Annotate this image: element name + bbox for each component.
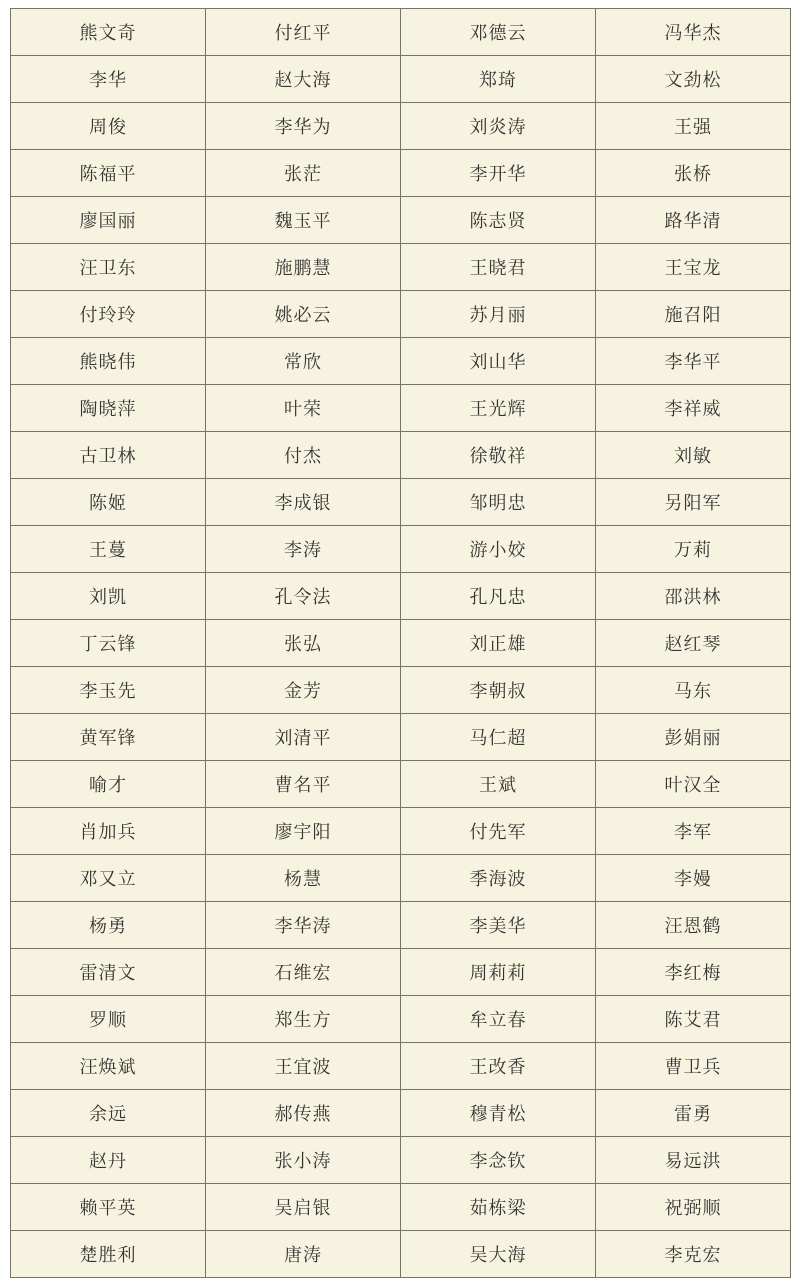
name-cell: 穆青松	[401, 1090, 596, 1137]
name-cell: 郝传燕	[206, 1090, 401, 1137]
name-cell: 刘敏	[596, 432, 791, 479]
name-cell: 周俊	[11, 103, 206, 150]
name-cell: 李华涛	[206, 902, 401, 949]
name-cell: 徐敬祥	[401, 432, 596, 479]
name-cell: 彭娟丽	[596, 714, 791, 761]
names-table-body: 熊文奇付红平邓德云冯华杰李华赵大海郑琦文劲松周俊李华为刘炎涛王强陈福平张茫李开华…	[11, 9, 791, 1278]
name-cell: 杨慧	[206, 855, 401, 902]
name-cell: 张茫	[206, 150, 401, 197]
name-cell: 曹卫兵	[596, 1043, 791, 1090]
name-cell: 郑生方	[206, 996, 401, 1043]
name-cell: 李嫚	[596, 855, 791, 902]
name-cell: 苏月丽	[401, 291, 596, 338]
name-cell: 吴启银	[206, 1184, 401, 1231]
table-row: 邓又立杨慧季海波李嫚	[11, 855, 791, 902]
table-row: 熊文奇付红平邓德云冯华杰	[11, 9, 791, 56]
name-cell: 张弘	[206, 620, 401, 667]
name-cell: 路华清	[596, 197, 791, 244]
name-cell: 邵洪林	[596, 573, 791, 620]
name-cell: 王蔓	[11, 526, 206, 573]
name-cell: 李念钦	[401, 1137, 596, 1184]
name-cell: 张桥	[596, 150, 791, 197]
name-cell: 赵红琴	[596, 620, 791, 667]
name-cell: 赖平英	[11, 1184, 206, 1231]
name-cell: 陈志贤	[401, 197, 596, 244]
name-cell: 付玲玲	[11, 291, 206, 338]
name-cell: 楚胜利	[11, 1231, 206, 1278]
name-cell: 魏玉平	[206, 197, 401, 244]
name-cell: 叶荣	[206, 385, 401, 432]
name-cell: 李红梅	[596, 949, 791, 996]
name-cell: 陶晓萍	[11, 385, 206, 432]
name-cell: 李华为	[206, 103, 401, 150]
name-cell: 祝弼顺	[596, 1184, 791, 1231]
name-cell: 王晓君	[401, 244, 596, 291]
table-row: 古卫林付杰徐敬祥刘敏	[11, 432, 791, 479]
name-cell: 汪焕斌	[11, 1043, 206, 1090]
table-row: 杨勇李华涛李美华汪恩鹤	[11, 902, 791, 949]
name-cell: 赵大海	[206, 56, 401, 103]
name-cell: 孔凡忠	[401, 573, 596, 620]
name-cell: 雷勇	[596, 1090, 791, 1137]
name-cell: 雷清文	[11, 949, 206, 996]
table-row: 赵丹张小涛李念钦易远洪	[11, 1137, 791, 1184]
name-cell: 罗顺	[11, 996, 206, 1043]
name-cell: 季海波	[401, 855, 596, 902]
name-cell: 喻才	[11, 761, 206, 808]
name-cell: 陈姬	[11, 479, 206, 526]
name-cell: 肖加兵	[11, 808, 206, 855]
table-row: 喻才曹名平王斌叶汉全	[11, 761, 791, 808]
name-cell: 熊晓伟	[11, 338, 206, 385]
name-cell: 另阳军	[596, 479, 791, 526]
table-row: 汪焕斌王宜波王改香曹卫兵	[11, 1043, 791, 1090]
name-cell: 邓德云	[401, 9, 596, 56]
table-row: 廖国丽魏玉平陈志贤路华清	[11, 197, 791, 244]
name-cell: 王宜波	[206, 1043, 401, 1090]
name-cell: 李祥威	[596, 385, 791, 432]
name-cell: 王宝龙	[596, 244, 791, 291]
table-row: 肖加兵廖宇阳付先军李军	[11, 808, 791, 855]
table-row: 熊晓伟常欣刘山华李华平	[11, 338, 791, 385]
name-cell: 刘炎涛	[401, 103, 596, 150]
table-row: 赖平英吴启银茹栋梁祝弼顺	[11, 1184, 791, 1231]
table-row: 楚胜利唐涛吴大海李克宏	[11, 1231, 791, 1278]
name-cell: 李华	[11, 56, 206, 103]
name-cell: 李成银	[206, 479, 401, 526]
name-cell: 游小姣	[401, 526, 596, 573]
name-cell: 廖宇阳	[206, 808, 401, 855]
name-cell: 冯华杰	[596, 9, 791, 56]
name-cell: 李开华	[401, 150, 596, 197]
name-cell: 邓又立	[11, 855, 206, 902]
name-cell: 李美华	[401, 902, 596, 949]
name-cell: 牟立春	[401, 996, 596, 1043]
name-cell: 汪卫东	[11, 244, 206, 291]
name-cell: 邹明忠	[401, 479, 596, 526]
name-cell: 唐涛	[206, 1231, 401, 1278]
name-cell: 文劲松	[596, 56, 791, 103]
name-cell: 郑琦	[401, 56, 596, 103]
table-row: 陈姬李成银邹明忠另阳军	[11, 479, 791, 526]
name-cell: 刘凯	[11, 573, 206, 620]
name-cell: 吴大海	[401, 1231, 596, 1278]
name-cell: 付先军	[401, 808, 596, 855]
name-cell: 李华平	[596, 338, 791, 385]
name-cell: 马东	[596, 667, 791, 714]
names-table: 熊文奇付红平邓德云冯华杰李华赵大海郑琦文劲松周俊李华为刘炎涛王强陈福平张茫李开华…	[10, 8, 791, 1278]
name-cell: 张小涛	[206, 1137, 401, 1184]
table-row: 汪卫东施鹏慧王晓君王宝龙	[11, 244, 791, 291]
name-cell: 姚必云	[206, 291, 401, 338]
name-cell: 黄军锋	[11, 714, 206, 761]
name-cell: 李克宏	[596, 1231, 791, 1278]
name-cell: 付杰	[206, 432, 401, 479]
table-row: 罗顺郑生方牟立春陈艾君	[11, 996, 791, 1043]
name-cell: 刘清平	[206, 714, 401, 761]
name-cell: 马仁超	[401, 714, 596, 761]
table-row: 李华赵大海郑琦文劲松	[11, 56, 791, 103]
name-cell: 曹名平	[206, 761, 401, 808]
name-cell: 古卫林	[11, 432, 206, 479]
name-cell: 陈福平	[11, 150, 206, 197]
name-cell: 周莉莉	[401, 949, 596, 996]
name-cell: 杨勇	[11, 902, 206, 949]
name-cell: 王斌	[401, 761, 596, 808]
name-cell: 廖国丽	[11, 197, 206, 244]
name-cell: 丁云锋	[11, 620, 206, 667]
name-cell: 李军	[596, 808, 791, 855]
table-row: 余远郝传燕穆青松雷勇	[11, 1090, 791, 1137]
table-row: 丁云锋张弘刘正雄赵红琴	[11, 620, 791, 667]
table-row: 王蔓李涛游小姣万莉	[11, 526, 791, 573]
table-row: 陶晓萍叶荣王光辉李祥威	[11, 385, 791, 432]
name-cell: 石维宏	[206, 949, 401, 996]
name-cell: 王改香	[401, 1043, 596, 1090]
name-cell: 茹栋梁	[401, 1184, 596, 1231]
name-cell: 王光辉	[401, 385, 596, 432]
name-cell: 付红平	[206, 9, 401, 56]
name-cell: 熊文奇	[11, 9, 206, 56]
name-cell: 易远洪	[596, 1137, 791, 1184]
name-cell: 李朝叔	[401, 667, 596, 714]
name-cell: 孔令法	[206, 573, 401, 620]
name-cell: 叶汉全	[596, 761, 791, 808]
name-cell: 刘正雄	[401, 620, 596, 667]
name-cell: 刘山华	[401, 338, 596, 385]
table-row: 付玲玲姚必云苏月丽施召阳	[11, 291, 791, 338]
table-row: 李玉先金芳李朝叔马东	[11, 667, 791, 714]
table-row: 雷清文石维宏周莉莉李红梅	[11, 949, 791, 996]
name-cell: 金芳	[206, 667, 401, 714]
name-cell: 余远	[11, 1090, 206, 1137]
name-cell: 李玉先	[11, 667, 206, 714]
name-cell: 施召阳	[596, 291, 791, 338]
name-cell: 施鹏慧	[206, 244, 401, 291]
name-cell: 陈艾君	[596, 996, 791, 1043]
table-row: 黄军锋刘清平马仁超彭娟丽	[11, 714, 791, 761]
name-cell: 万莉	[596, 526, 791, 573]
table-row: 刘凯孔令法孔凡忠邵洪林	[11, 573, 791, 620]
name-cell: 赵丹	[11, 1137, 206, 1184]
name-cell: 常欣	[206, 338, 401, 385]
table-row: 陈福平张茫李开华张桥	[11, 150, 791, 197]
name-cell: 王强	[596, 103, 791, 150]
page: 熊文奇付红平邓德云冯华杰李华赵大海郑琦文劲松周俊李华为刘炎涛王强陈福平张茫李开华…	[0, 0, 800, 1284]
table-row: 周俊李华为刘炎涛王强	[11, 103, 791, 150]
name-cell: 汪恩鹤	[596, 902, 791, 949]
name-cell: 李涛	[206, 526, 401, 573]
